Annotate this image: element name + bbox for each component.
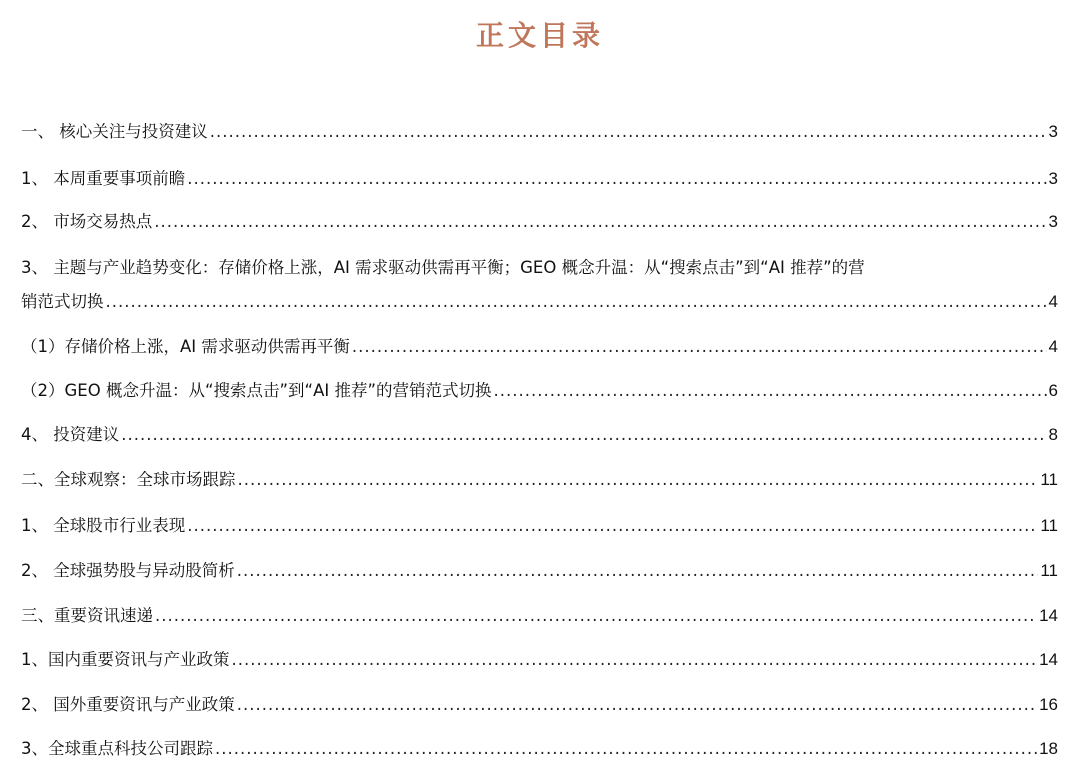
- dot-leader: [154, 212, 1046, 232]
- toc-entry-core-focus[interactable]: 一、 核心关注与投资建议 3: [21, 122, 1058, 142]
- dot-leader: [494, 381, 1047, 401]
- dot-leader: [232, 650, 1038, 670]
- toc-page-number: 4: [1049, 337, 1058, 357]
- toc-page-number: 6: [1049, 381, 1058, 401]
- toc-entry-label: 一、 核心关注与投资建议: [21, 122, 208, 142]
- toc-page-number: 4: [1049, 292, 1058, 312]
- toc-entry-tech-company-tracking[interactable]: 3、全球重点科技公司跟踪 18: [21, 739, 1058, 759]
- toc-page-number: 14: [1039, 650, 1058, 670]
- toc-entry-label: 2、 市场交易热点: [21, 212, 152, 232]
- toc-entry-weekly-preview[interactable]: 1、 本周重要事项前瞻 3: [21, 169, 1058, 189]
- toc-entry-theme-trends-line2[interactable]: 销范式切换 4: [21, 292, 1058, 312]
- dot-leader: [238, 470, 1039, 490]
- toc-page-number: 3: [1049, 212, 1058, 232]
- toc-page-number: 14: [1039, 606, 1058, 626]
- dot-leader: [237, 561, 1039, 581]
- toc-page-number: 16: [1039, 695, 1058, 715]
- toc-entry-geo-concept[interactable]: （2）GEO 概念升温：从“搜索点击”到“AI 推荐”的营销范式切换 6: [21, 381, 1058, 401]
- toc-entry-label: 1、国内重要资讯与产业政策: [21, 650, 230, 670]
- dot-leader: [210, 122, 1047, 142]
- toc-entry-investment-advice[interactable]: 4、 投资建议 8: [21, 425, 1058, 445]
- toc-entry-theme-trends-line1[interactable]: 3、 主题与产业趋势变化：存储价格上涨，AI 需求驱动供需再平衡；GEO 概念升…: [21, 258, 1058, 278]
- toc-entry-foreign-news[interactable]: 2、 国外重要资讯与产业政策 16: [21, 695, 1058, 715]
- dot-leader: [187, 169, 1046, 189]
- toc-entry-label: 4、 投资建议: [21, 425, 119, 445]
- toc-entry-news-express[interactable]: 三、重要资讯速递 14: [21, 606, 1058, 626]
- dot-leader: [121, 425, 1046, 445]
- toc-entry-label: 销范式切换: [21, 292, 104, 312]
- toc-entry-label: 1、 全球股市行业表现: [21, 516, 185, 536]
- toc-page-number: 8: [1049, 425, 1058, 445]
- dot-leader: [215, 739, 1037, 759]
- toc-entry-label: 三、重要资讯速递: [21, 606, 153, 626]
- toc-entry-label: 3、 主题与产业趋势变化：存储价格上涨，AI 需求驱动供需再平衡；GEO 概念升…: [21, 258, 865, 277]
- dot-leader: [155, 606, 1037, 626]
- toc-page-number: 3: [1049, 122, 1058, 142]
- toc-entry-label: （2）GEO 概念升温：从“搜索点击”到“AI 推荐”的营销范式切换: [21, 381, 492, 401]
- toc-entry-domestic-news[interactable]: 1、国内重要资讯与产业政策 14: [21, 650, 1058, 670]
- dot-leader: [187, 516, 1038, 536]
- toc-entry-label: 二、全球观察：全球市场跟踪: [21, 470, 236, 490]
- toc-entry-storage-prices[interactable]: （1）存储价格上涨，AI 需求驱动供需再平衡 4: [21, 337, 1058, 357]
- toc-page-number: 11: [1040, 470, 1058, 490]
- toc-entry-strong-stocks[interactable]: 2、 全球强势股与异动股简析 11: [21, 561, 1058, 581]
- toc-page-number: 11: [1040, 516, 1058, 536]
- toc-entry-market-hotspots[interactable]: 2、 市场交易热点 3: [21, 212, 1058, 232]
- toc-entry-global-industry-performance[interactable]: 1、 全球股市行业表现 11: [21, 516, 1058, 536]
- toc-entry-label: 3、全球重点科技公司跟踪: [21, 739, 213, 759]
- toc-entry-label: 1、 本周重要事项前瞻: [21, 169, 185, 189]
- dot-leader: [106, 292, 1047, 312]
- dot-leader: [237, 695, 1037, 715]
- toc-entry-global-observation[interactable]: 二、全球观察：全球市场跟踪 11: [21, 470, 1058, 490]
- toc-page-number: 11: [1040, 561, 1058, 581]
- toc-entry-label: 2、 国外重要资讯与产业政策: [21, 695, 235, 715]
- toc-entry-label: （1）存储价格上涨，AI 需求驱动供需再平衡: [21, 337, 350, 357]
- toc-title: 正文目录: [0, 14, 1080, 54]
- toc-page-number: 3: [1049, 169, 1058, 189]
- dot-leader: [352, 337, 1047, 357]
- toc-entry-label: 2、 全球强势股与异动股简析: [21, 561, 235, 581]
- toc-page-number: 18: [1039, 739, 1058, 759]
